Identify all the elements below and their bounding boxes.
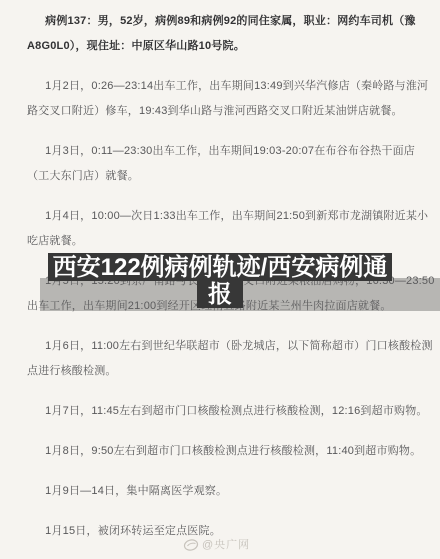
watermark-label: @央广网 — [202, 536, 250, 552]
cnr-logo-icon — [183, 537, 199, 552]
watermark: @央广网 — [183, 536, 250, 552]
case-summary-paragraph: 病例137：男，52岁，病例89和病例92的同住家属，职业：网约车司机（豫A8G… — [27, 9, 435, 59]
banner-title-line2: 报 — [197, 281, 243, 308]
timeline-entry-jan9-14: 1月9日—14日，集中隔离医学观察。 — [27, 479, 435, 504]
timeline-entry-jan3: 1月3日，0:11—23:30出车工作，出车期间19:03-20:07在布谷布谷… — [27, 139, 435, 189]
timeline-entry-jan6: 1月6日，11:00左右到世纪华联超市（卧龙城店，以下简称超市）门口核酸检测点进… — [27, 334, 435, 384]
timeline-entry-jan2: 1月2日，0:26—23:14出车工作，出车期间13:49到兴华汽修店（秦岭路与… — [27, 74, 435, 124]
timeline-entry-jan7: 1月7日，11:45左右到超市门口核酸检测点进行核酸检测，12:16到超市购物。 — [27, 399, 435, 424]
timeline-entry-jan8: 1月8日，9:50左右到超市门口核酸检测点进行核酸检测，11:40到超市购物。 — [27, 439, 435, 464]
banner-overlay: 西安122例病例轨迹/西安病例通 报 — [0, 253, 440, 313]
timeline-entry-jan4: 1月4日，10:00—次日1:33出车工作，出车期间21:50到新郑市龙湖镇附近… — [27, 204, 435, 254]
banner-title-line1: 西安122例病例轨迹/西安病例通 — [48, 253, 392, 281]
